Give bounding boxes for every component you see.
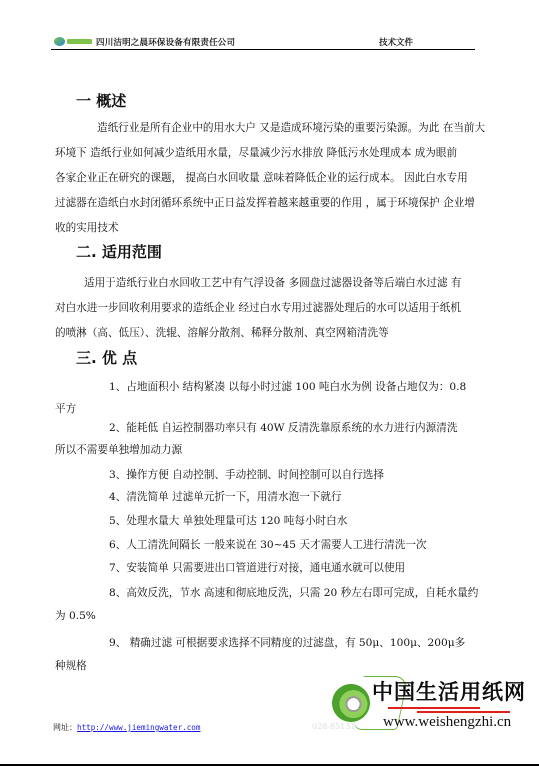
company-name: 四川洁明之晨环保设备有限责任公司	[96, 36, 235, 48]
advantage-item: 7、安装简单 只需要进出口管道进行对接，通电通水就可以使用	[109, 556, 405, 581]
advantage-item: 1、占地面积小 结构紧凑 以每小时过滤 100 吨白水为例 设备占地仅为：0.8	[109, 375, 466, 400]
paragraph-line: 的喷淋（高、低压）、洗辊、溶解分散剂、稀释分散剂、真空网箱清洗等	[55, 321, 389, 346]
paragraph-line: 收的实用技术	[55, 216, 119, 241]
page-header: 四川洁明之晨环保设备有限责任公司 技术文件	[52, 36, 475, 50]
advantage-item-cont: 所以不需要单独增加动力源	[55, 438, 182, 463]
header-divider	[51, 49, 475, 50]
footer-website-link[interactable]: http://www.jiemingwater.com	[77, 723, 200, 732]
paragraph-line: 适用于造纸行业白水回收工艺中有气浮设备 多圆盘过滤器设备等后端白水过滤 有	[84, 271, 462, 296]
section-heading-advantages: 三. 优 点	[76, 347, 137, 368]
watermark-url: www.weishengzhi.cn	[383, 714, 511, 731]
advantage-item: 6、人工清洗间隔长 一般来说在 30~45 天才需要人工进行清洗一次	[109, 533, 427, 558]
advantage-item: 9、 精确过滤 可根据要求选择不同精度的过滤盘，有 50μ、100μ、200μ多	[109, 631, 465, 656]
watermark-underline	[417, 711, 510, 713]
paragraph-line: 过滤器在造纸白水封闭循环系统中正日益发挥着越来越重要的作用 ，属于环境保护 企业…	[55, 191, 475, 216]
document-page: 四川洁明之晨环保设备有限责任公司 技术文件 一 概述 造纸行业是所有企业中的用水…	[0, 0, 539, 766]
paragraph-line: 造纸行业是所有企业中的用水大户 又是造成环境污染的重要污染源。为此 在当前大	[97, 116, 485, 141]
watermark-title: 中国生活用纸网	[372, 676, 526, 706]
advantage-item-cont: 为 0.5%	[55, 604, 96, 629]
watermark-underline	[388, 707, 480, 709]
footer-website-label: 网址：	[53, 723, 77, 732]
advantage-item-cont: 平方	[55, 397, 76, 422]
advantage-item: 8、高效反洗，节水 高速和彻底地反洗，只需 20 秒左右即可完成，自耗水量约	[109, 581, 478, 606]
section-heading-overview: 一 概述	[76, 90, 126, 111]
paragraph-line: 各家企业正在研究的课题， 提高白水回收量 意味着降低企业的运行成本。 因此白水专…	[55, 166, 468, 191]
advantage-item: 5、处理水量大 单独处理量可达 120 吨每小时白水	[109, 509, 347, 534]
logo-wordmark-icon	[67, 39, 92, 44]
paragraph-line: 对白水进一步回收利用要求的造纸企业 经过白水专用过滤器处理后的水可以适用于纸机	[55, 296, 461, 321]
advantage-item: 4、清洗简单 过滤单元折一下，用清水泡一下就行	[109, 485, 342, 510]
logo-circle-icon	[54, 37, 65, 46]
watermark: 中国生活用纸网 www.weishengzhi.cn	[310, 670, 539, 740]
section-heading-scope: 二. 适用范围	[76, 241, 162, 262]
advantage-item-cont: 种规格	[55, 654, 87, 679]
footer-website: 网址：http://www.jiemingwater.com	[53, 722, 200, 733]
company-logo-icon	[52, 36, 94, 47]
document-type: 技术文件	[379, 36, 413, 48]
paragraph-line: 环境下 造纸行业如何减少造纸用水量，尽量减少污水排放 降低污水处理成本 成为眼前	[55, 141, 457, 166]
